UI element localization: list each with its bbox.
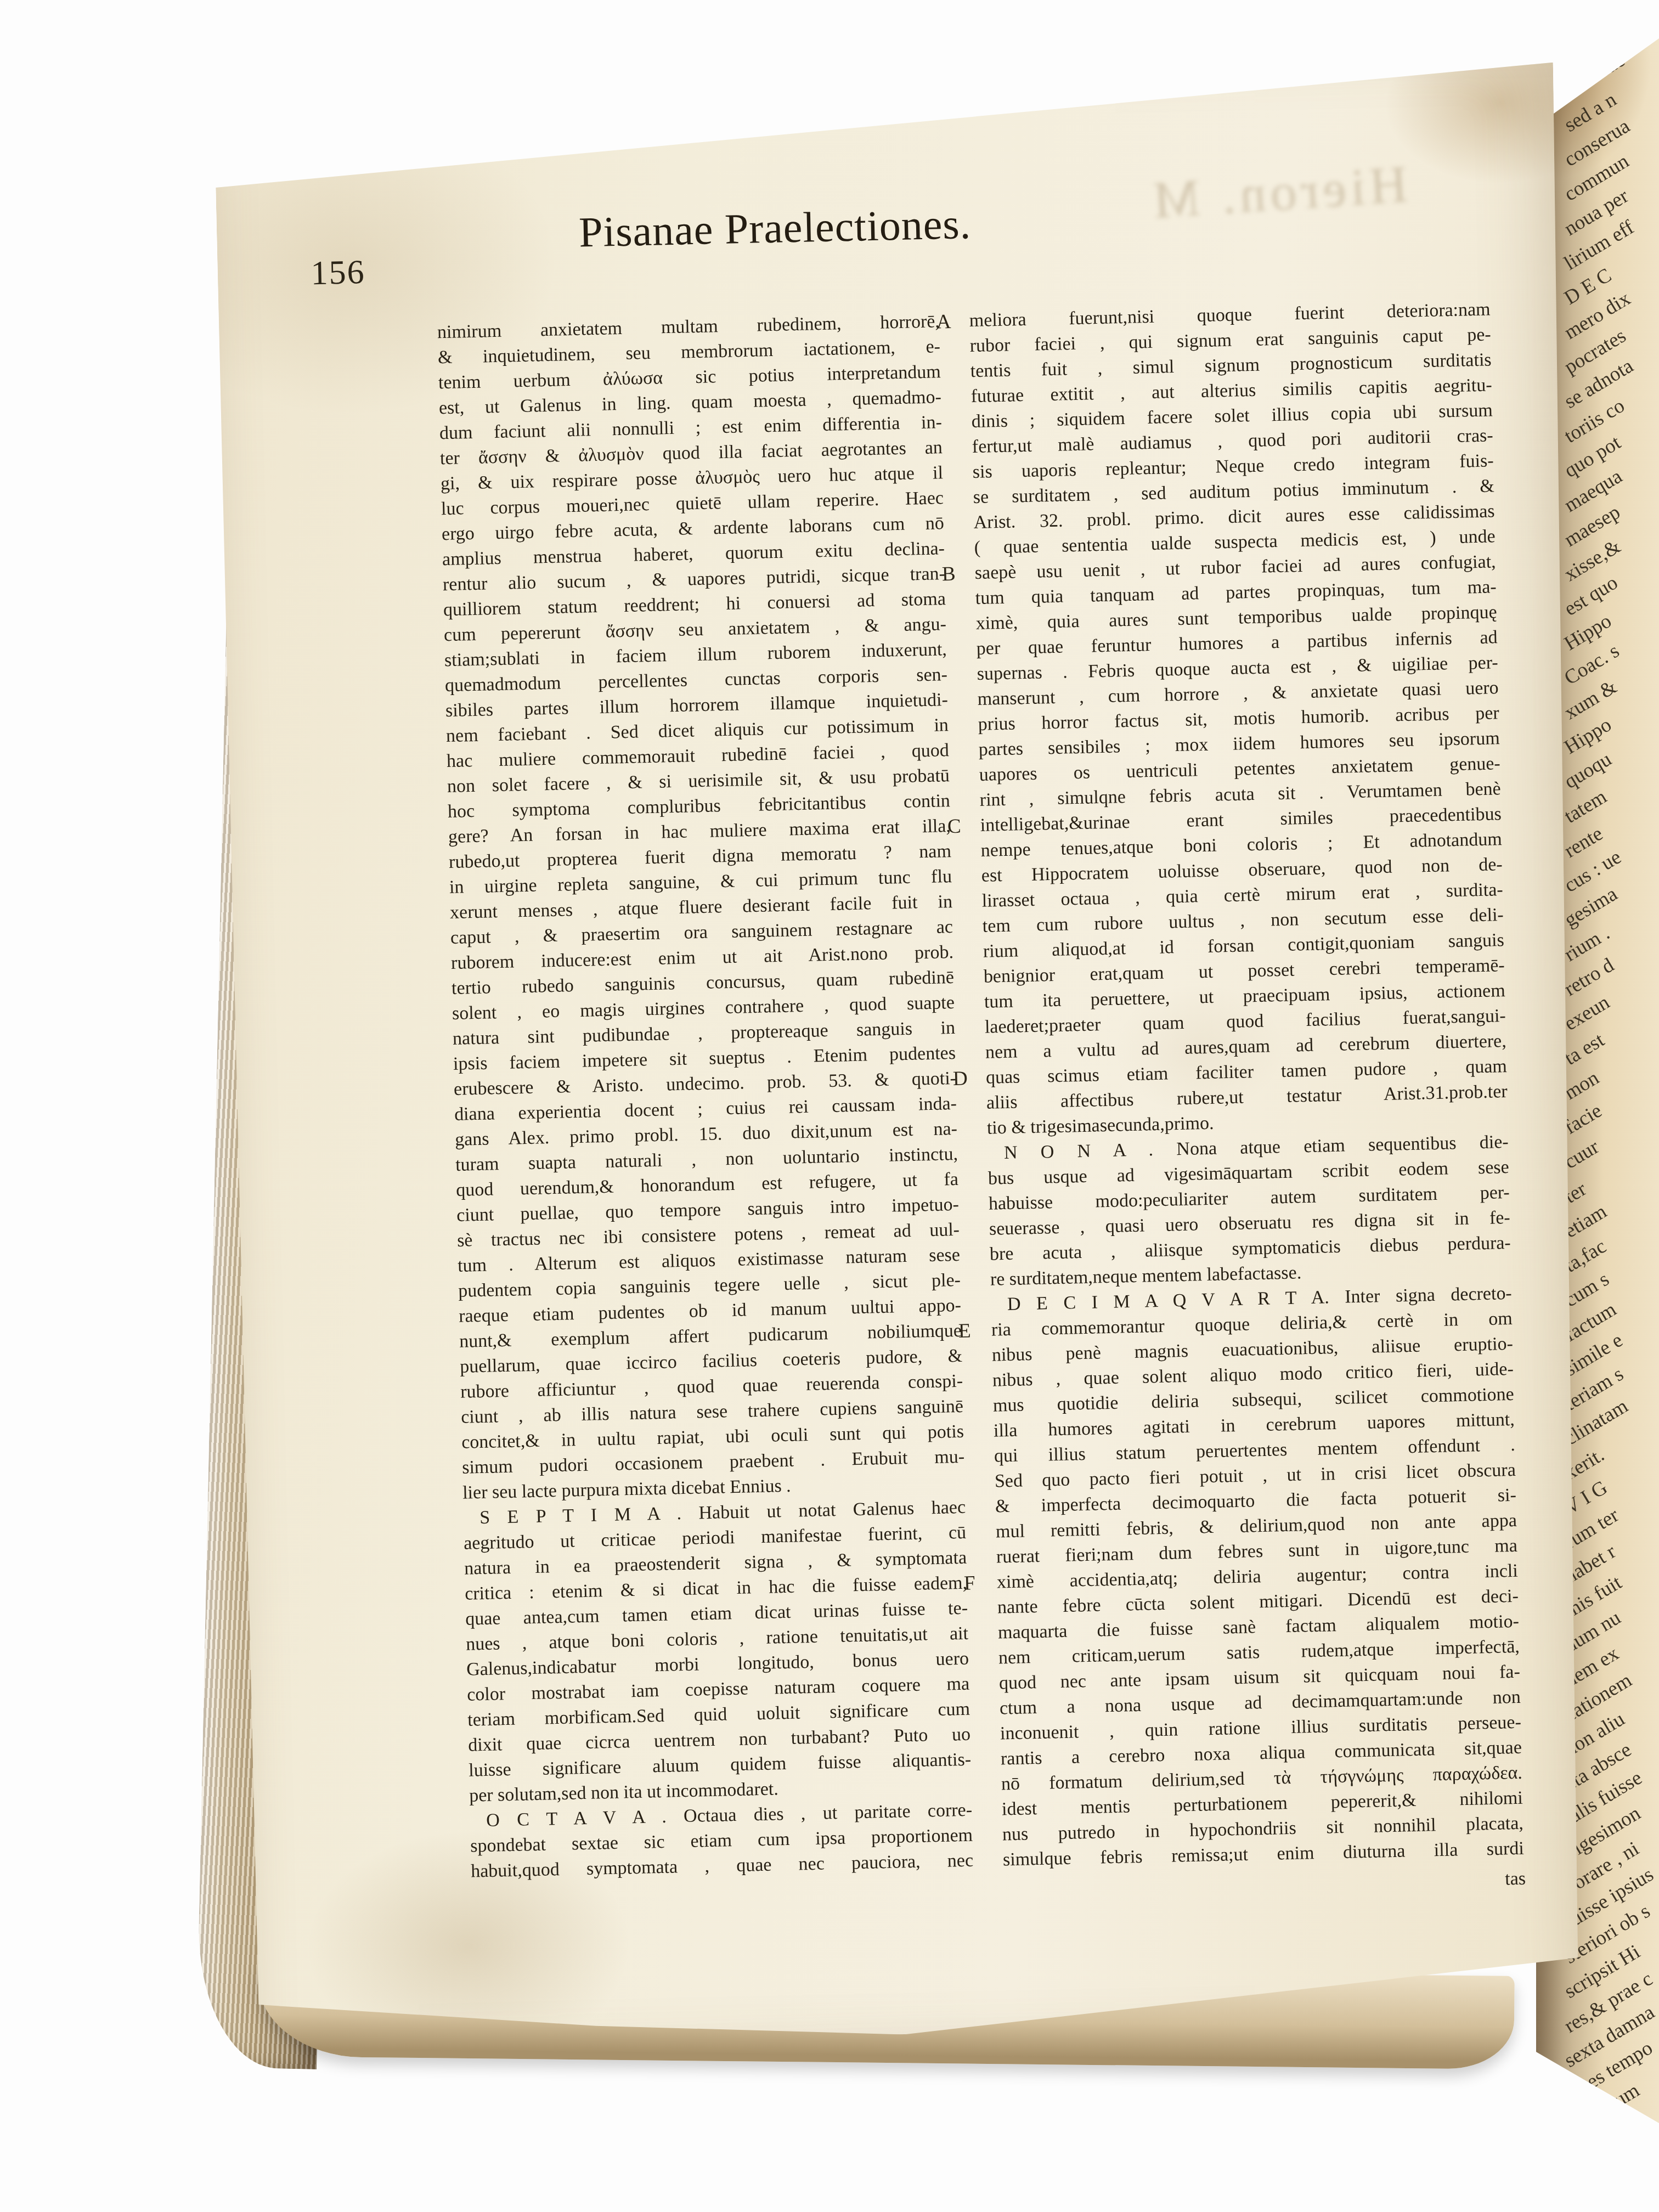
showthrough-ghost-text: Hieron. M xyxy=(1147,153,1409,231)
book-photograph: tas hauesed a nconseruacommunnoua perlir… xyxy=(0,0,1659,2212)
margin-letter-b: B xyxy=(941,562,956,586)
margin-letter-e: E xyxy=(958,1319,972,1342)
margin-letter-f: F xyxy=(964,1571,976,1595)
margin-letter-c: C xyxy=(947,815,961,839)
page-number: 156 xyxy=(311,253,366,293)
catchword: tas xyxy=(1421,1869,1526,1892)
running-title: Pisanae Praelectiones. xyxy=(578,199,972,257)
book-page: Hieron. M 156 Pisanae Praelectiones. nim… xyxy=(213,63,1595,2049)
margin-letter-a: A xyxy=(936,310,951,334)
text-column-left: nimirum anxietatem multam rubedinem, hor… xyxy=(437,309,974,1884)
margin-letter-d: D xyxy=(952,1067,968,1091)
text-column-right: meliora fuerunt,nisi quoque fuerint dete… xyxy=(969,297,1524,1872)
facing-page-clipped-text: tas hauesed a nconseruacommunnoua perlir… xyxy=(1568,75,1659,2123)
